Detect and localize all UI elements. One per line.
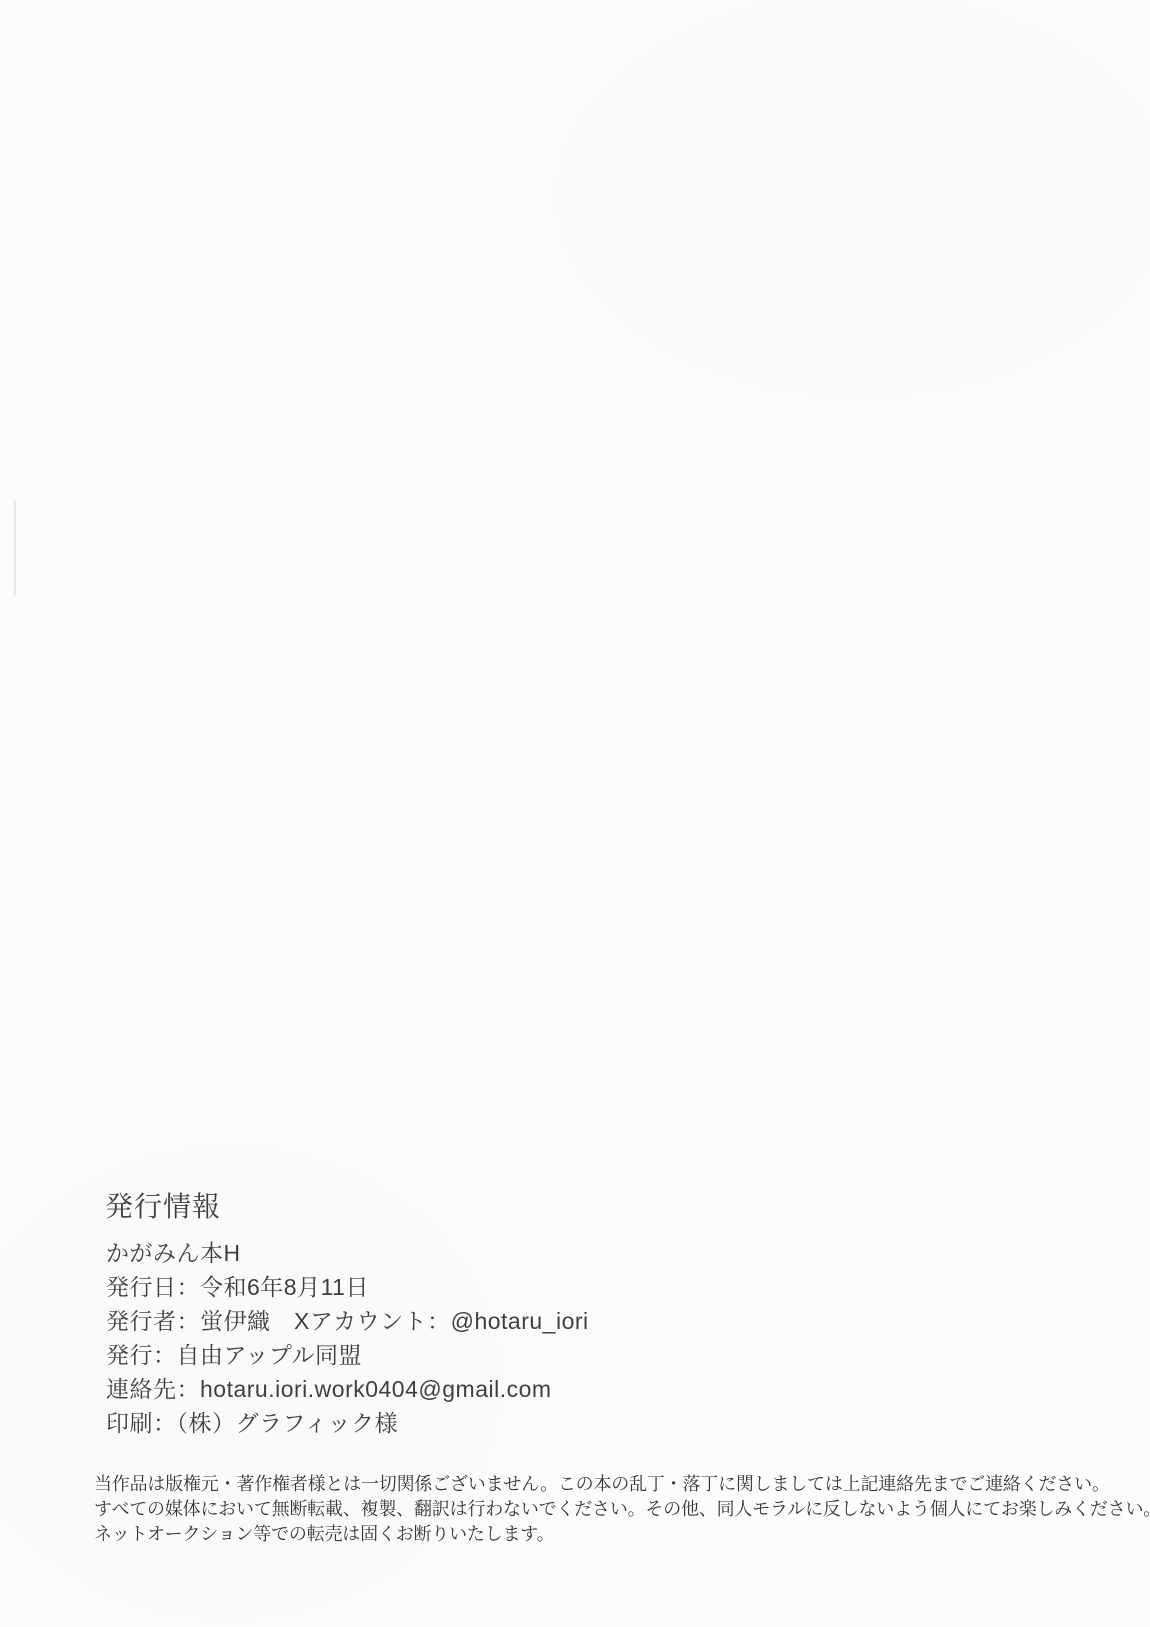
disclaimer-notes: 当作品は版権元・著作権者様とは一切関係ございません。この本の乱丁・落丁に関しまし… [94, 1472, 1150, 1547]
circle-line: 発行：自由アップル同盟 [106, 1338, 589, 1372]
colophon-info: かがみん本H 発行日：令和6年8月11日 発行者：蛍伊織 Xアカウント：@hot… [106, 1236, 589, 1440]
publisher-line: 発行者：蛍伊織 Xアカウント：@hotaru_iori [106, 1304, 589, 1338]
scanned-page: 発行情報 かがみん本H 発行日：令和6年8月11日 発行者：蛍伊織 Xアカウント… [0, 0, 1150, 1627]
disclaimer-line-reproduction: すべての媒体において無断転載、複製、翻訳は行わないでください。その他、同人モラル… [94, 1497, 1150, 1522]
disclaimer-line-resale: ネットオークション等での転売は固くお断りいたします。 [94, 1522, 1150, 1547]
contact-email-line: 連絡先：hotaru.iori.work0404@gmail.com [106, 1372, 589, 1406]
scan-artifact-line [14, 500, 16, 596]
book-title: かがみん本H [106, 1236, 589, 1270]
colophon-heading: 発行情報 [105, 1192, 221, 1222]
printer-line: 印刷：（株）グラフィック様 [106, 1406, 589, 1440]
disclaimer-line-copyright: 当作品は版権元・著作権者様とは一切関係ございません。この本の乱丁・落丁に関しまし… [94, 1472, 1150, 1497]
publication-date-line: 発行日：令和6年8月11日 [106, 1270, 589, 1304]
